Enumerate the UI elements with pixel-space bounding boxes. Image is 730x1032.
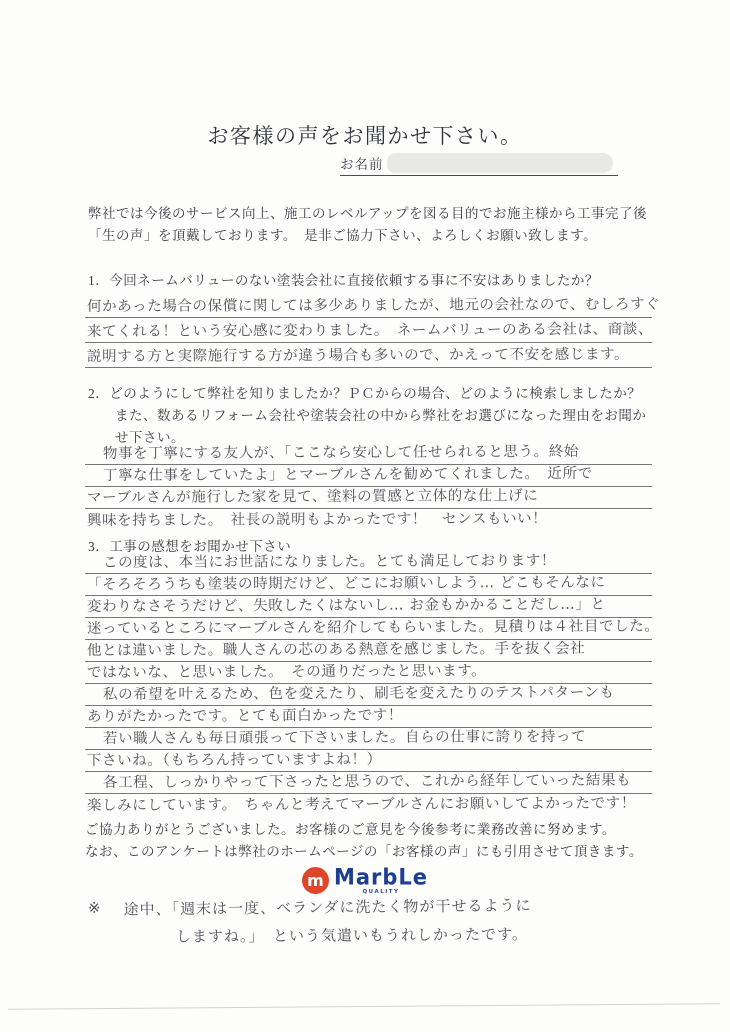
name-label: お名前 xyxy=(340,153,384,173)
footnote-line: 途中、「週末は一度、ベランダに洗たく物が干せるように xyxy=(123,894,531,919)
closing-paragraph: ご協力ありがとうございました。お客様のご意見を今後参考に業務改善に努めます。 な… xyxy=(85,819,660,863)
handwriting-line: 何かあった場合の保償に関しては多少ありましたが、地元の会社なので、むしろすぐ xyxy=(85,293,652,318)
marble-logo-mark-icon: m xyxy=(302,867,329,894)
question-1-answer: 何かあった場合の保償に関しては多少ありましたが、地元の会社なので、むしろすぐ 来… xyxy=(85,293,652,368)
name-field: お名前 xyxy=(340,152,618,176)
handwriting-line: 説明する方と実際施行する方が違う場合も多いので、かえって不安を感じます。 xyxy=(85,343,652,368)
reference-mark: ※ xyxy=(88,899,102,920)
handwriting-line: 興味を持ちました。 社長の説明もよかったです！ センスもいい！ xyxy=(85,509,652,531)
handwriting-line: 各工程、しっかりやって下さったと思うので、これから経年していった結果も xyxy=(85,772,652,794)
question-3-answer: この度は、本当にお世話になりました。とても満足しております！ 「そろそろうちも塗… xyxy=(85,552,652,816)
handwriting-line: 私の希望を叶えるため、色を変えたり、刷毛を変えたりのテストパターンも xyxy=(85,684,652,706)
question-1-heading: 1．今回ネームバリューのない塗装会社に直接依頼する事に不安はありましたか？ xyxy=(88,270,663,292)
marble-logo-text: MarbLe QUALITY xyxy=(334,863,428,895)
scanned-survey-page: お客様の声をお聞かせ下さい。 お名前 弊社では今後のサービス向上、施工のレベルア… xyxy=(0,0,730,1032)
closing-line: ご協力ありがとうございました。お客様のご意見を今後参考に業務改善に努めます。 xyxy=(85,819,660,841)
handwriting-line: 来てくれる！という安心感に変わりました。 ネームバリューのある会社は、商談、 xyxy=(85,318,652,343)
intro-paragraph: 弊社では今後のサービス向上、施工のレベルアップを図る目的でお施主様から工事完了後… xyxy=(88,203,653,247)
handwriting-line: マーブルさんが施行した家を見て、塗料の質感と立体的な仕上げに xyxy=(85,487,652,509)
handwriting-line: 若い職人さんも毎日頑張って下さいました。自らの仕事に誇りを持って xyxy=(85,728,652,750)
intro-line: 「生の声」を頂戴しております。 是非ご協力下さい、よろしくお願い致します。 xyxy=(88,225,653,247)
intro-line: 弊社では今後のサービス向上、施工のレベルアップを図る目的でお施主様から工事完了後 xyxy=(88,203,653,225)
page-title: お客様の声をお聞かせ下さい。 xyxy=(0,120,730,150)
name-redaction-blur xyxy=(387,153,613,173)
question-2-answer: 物事を丁寧にする友人が、「ここなら安心して任せられると思う。終始 丁寧な仕事をし… xyxy=(85,443,652,531)
handwriting-line: 他とは違いました。職人さんの芯のある熱意を感じました。手を抜く会社 xyxy=(85,640,652,662)
marble-wordmark: MarbLe xyxy=(334,866,428,888)
scan-edge-artifact xyxy=(8,1003,720,1010)
marble-tagline: QUALITY xyxy=(362,889,399,895)
handwriting-line: 丁寧な仕事をしていたよ」とマーブルさんを勧めてくれました。 近所で xyxy=(85,465,652,487)
closing-line: なお、このアンケートは弊社のホームページの「お客様の声」にも引用させて頂きます。 xyxy=(85,841,660,863)
handwritten-footnote: ※ 途中、「週末は一度、ベランダに洗たく物が干せるように しますね。」 という気… xyxy=(88,896,648,945)
handwriting-line: 楽しみにしています。 ちゃんと考えてマーブルさんにお願いしてよかったです！ xyxy=(85,794,652,816)
footnote-line: しますね。」 という気遣いもうれしかったです。 xyxy=(176,922,648,946)
